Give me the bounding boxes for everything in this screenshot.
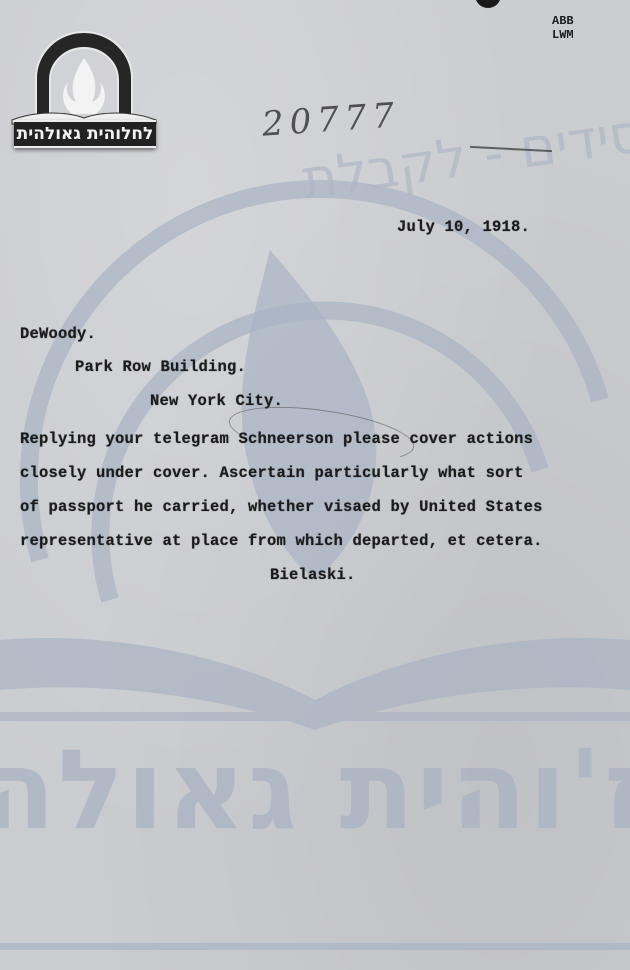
punch-hole <box>475 0 501 8</box>
arch-flame-book-icon <box>8 28 160 128</box>
typist-initials: ABB LWM <box>552 14 574 42</box>
organization-logo: לחלוהית גאולהית <box>8 28 160 150</box>
letter-date: July 10, 1918. <box>397 218 530 236</box>
logo-banner-text: לחלוהית גאולהית <box>14 120 156 148</box>
body-line: Replying your telegram Schneerson please… <box>20 430 533 448</box>
address-line-1: Park Row Building. <box>75 358 246 376</box>
initials-line-2: LWM <box>552 28 574 42</box>
watermark-title: ז'והית גאולהי <box>0 735 630 845</box>
handwritten-underline <box>470 146 552 152</box>
letter-addressee: DeWoody. <box>20 325 96 343</box>
handwritten-file-number: 20777 <box>261 95 402 145</box>
body-line: of passport he carried, whether visaed b… <box>20 498 543 516</box>
body-line: representative at place from which depar… <box>20 532 543 550</box>
initials-line-1: ABB <box>552 14 574 28</box>
document-page: לחסידים - לקבלת ז'והית גאולהי לחלוהית גא… <box>0 0 630 970</box>
body-line: closely under cover. Ascertain particula… <box>20 464 524 482</box>
letter-signature: Bielaski. <box>270 566 356 584</box>
